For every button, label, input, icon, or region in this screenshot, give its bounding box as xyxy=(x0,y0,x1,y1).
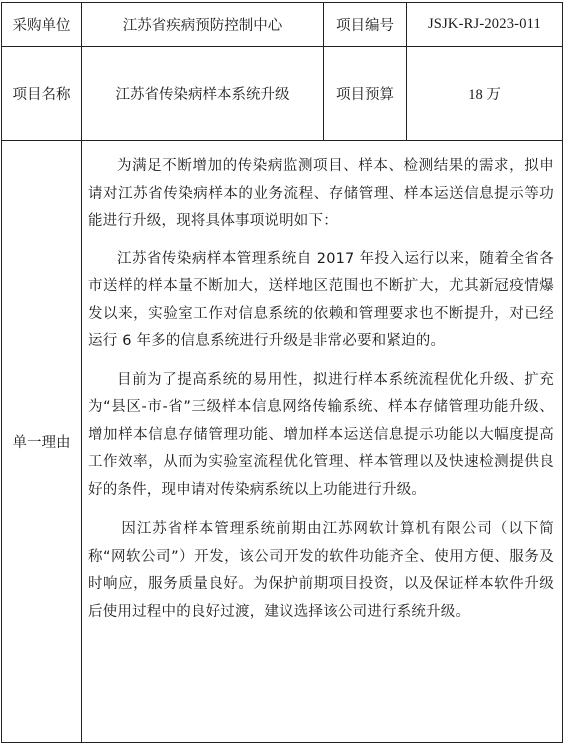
reason-paragraph-2: 江苏省传染病样本管理系统自 2017 年投入运行以来，随着全省各市送样的样本量不… xyxy=(88,236,554,356)
project-number-label: 项目编号 xyxy=(324,3,407,47)
purchaser-label: 采购单位 xyxy=(2,3,82,47)
table-row-reason: 单一理由 为满足不断增加的传染病监测项目、样本、检测结果的需求，拟申请对江苏省传… xyxy=(2,141,563,743)
project-number-value: JSJK-RJ-2023-011 xyxy=(407,3,563,47)
table-row-purchaser: 采购单位 江苏省疾病预防控制中心 项目编号 JSJK-RJ-2023-011 xyxy=(2,3,563,47)
reason-label: 单一理由 xyxy=(2,141,82,743)
procurement-info-table: 采购单位 江苏省疾病预防控制中心 项目编号 JSJK-RJ-2023-011 项… xyxy=(1,2,563,743)
reason-paragraph-3: 目前为了提高系统的易用性，拟进行样本系统流程优化升级、扩充为“县区-市-省”三级… xyxy=(88,356,554,505)
reason-paragraph-1: 为满足不断增加的传染病监测项目、样本、检测结果的需求，拟申请对江苏省传染病样本的… xyxy=(88,141,554,236)
budget-label: 项目预算 xyxy=(324,47,407,141)
table-row-project-name: 项目名称 江苏省传染病样本系统升级 项目预算 18 万 xyxy=(2,47,563,141)
project-name-label: 项目名称 xyxy=(2,47,82,141)
reason-content: 为满足不断增加的传染病监测项目、样本、检测结果的需求，拟申请对江苏省传染病样本的… xyxy=(82,141,563,743)
reason-paragraph-4: 因江苏省样本管理系统前期由江苏网软计算机有限公司（以下简称“网软公司”）开发，该… xyxy=(88,504,554,626)
purchaser-value: 江苏省疾病预防控制中心 xyxy=(82,3,324,47)
budget-value: 18 万 xyxy=(407,47,563,141)
project-name-value: 江苏省传染病样本系统升级 xyxy=(82,47,324,141)
